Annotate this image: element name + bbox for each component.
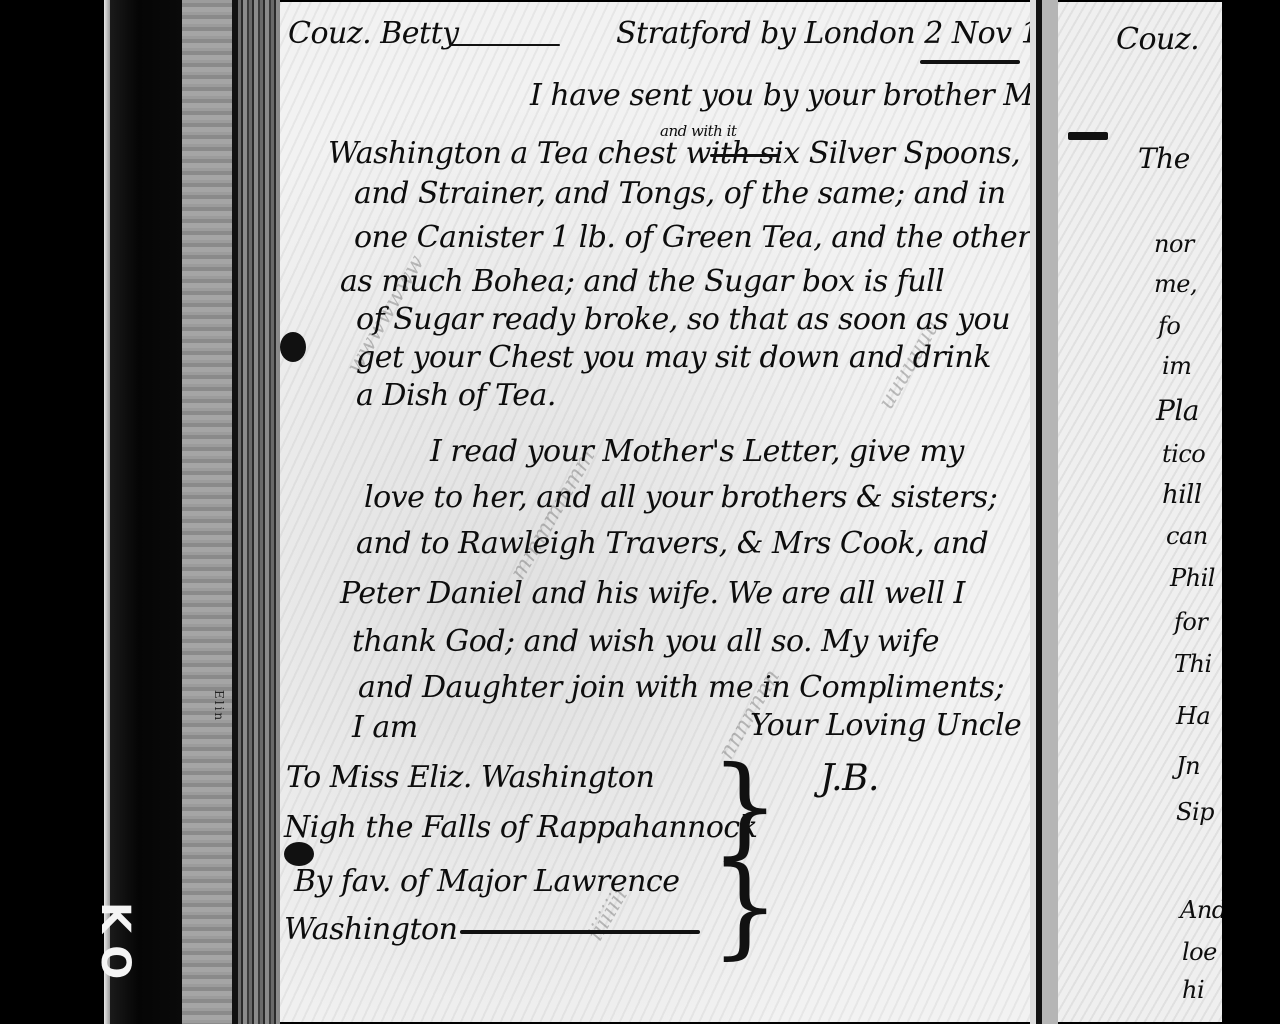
- body-line-13: thank God; and wish you all so. My wife: [352, 624, 939, 659]
- body-line-4: one Canister 1 lb. of Green Tea, and the…: [354, 220, 1030, 255]
- strikethrough: [710, 154, 780, 157]
- body-line-7: get your Chest you may sit down and drin…: [356, 340, 991, 375]
- facing-fragment: Thi: [1174, 650, 1212, 678]
- ink-blot: [284, 842, 314, 866]
- ink-stroke: [1068, 132, 1108, 140]
- microfilm-frame: KO Elin wwwwwww mmmmmmm nnnnnnn uuuuuuu …: [0, 0, 1280, 1024]
- facing-fragment: Phil: [1170, 564, 1215, 592]
- facing-fragment: Pla: [1156, 394, 1199, 427]
- body-line-2: Washington a Tea chest with six Silver S…: [328, 136, 1020, 171]
- body-line-6: of Sugar ready broke, so that as soon as…: [356, 302, 1010, 337]
- facing-fragment: hi: [1182, 976, 1204, 1004]
- facing-fragment: The: [1138, 142, 1190, 175]
- letter-signature: J.B.: [820, 758, 879, 799]
- facing-fragment: Ha: [1176, 702, 1210, 730]
- body-line-12: Peter Daniel and his wife. We are all we…: [340, 576, 965, 611]
- film-border: [110, 0, 182, 1024]
- address-line-3: By fav. of Major Lawrence: [294, 864, 679, 899]
- book-binding-outer: [182, 0, 238, 1024]
- facing-fragment: loe: [1182, 938, 1217, 966]
- letter-closing: Your Loving Uncle: [750, 708, 1021, 743]
- body-line-9: I read your Mother's Letter, give my: [430, 434, 964, 469]
- body-line-5: as much Bohea; and the Sugar box is full: [340, 264, 944, 299]
- date-underline: [920, 60, 1020, 64]
- facing-fragment: Jn: [1176, 752, 1200, 780]
- body-line-10: love to her, and all your brothers & sis…: [364, 480, 997, 515]
- body-line-3: and Strainer, and Tongs, of the same; an…: [354, 176, 1006, 211]
- salutation-rule: [450, 44, 560, 46]
- facing-fragment: nor: [1154, 230, 1194, 258]
- body-line-1: I have sent you by your brother Major: [530, 78, 1030, 113]
- facing-fragment: hill: [1162, 480, 1202, 510]
- reel-label: KO: [86, 902, 144, 942]
- facing-fragment: Sip: [1176, 798, 1214, 826]
- page-gutter: [1030, 0, 1058, 1024]
- address-underline: [460, 930, 700, 934]
- facing-fragment: fo: [1158, 312, 1180, 340]
- facing-fragment: me,: [1154, 270, 1197, 298]
- facing-fragment: for: [1174, 608, 1207, 636]
- facing-fragment: im: [1162, 352, 1191, 380]
- letter-salutation: Couz. Betty: [288, 16, 459, 51]
- address-line-2: Nigh the Falls of Rappahannock: [284, 810, 757, 845]
- address-line-1: To Miss Eliz. Washington: [286, 760, 654, 795]
- ink-blot: [280, 332, 306, 362]
- body-line-15: I am: [352, 710, 418, 745]
- body-line-11: and to Rawleigh Travers, & Mrs Cook, and: [356, 526, 988, 561]
- binding-mark: Elin: [212, 690, 226, 722]
- facing-fragment: can: [1166, 522, 1208, 550]
- facing-fragment: And: [1180, 896, 1222, 924]
- book-binding-inner: [238, 0, 280, 1024]
- address-brace: }: [710, 842, 780, 970]
- address-line-4: Washington: [284, 912, 457, 947]
- film-border-right: [1222, 0, 1280, 1024]
- facing-page-heading: Couz.: [1116, 22, 1199, 57]
- facing-page: Couz. The nor me, fo im Pla tico hill ca…: [1058, 2, 1222, 1022]
- body-line-8: a Dish of Tea.: [356, 378, 556, 413]
- facing-fragment: tico: [1162, 440, 1205, 468]
- letter-place-date: Stratford by London 2 Nov 1749: [616, 16, 1030, 51]
- body-line-14: and Daughter join with me in Compliments…: [358, 670, 1004, 705]
- letter-page: wwwwwww mmmmmmm nnnnnnn uuuuuuu iiiiiiii…: [280, 2, 1030, 1022]
